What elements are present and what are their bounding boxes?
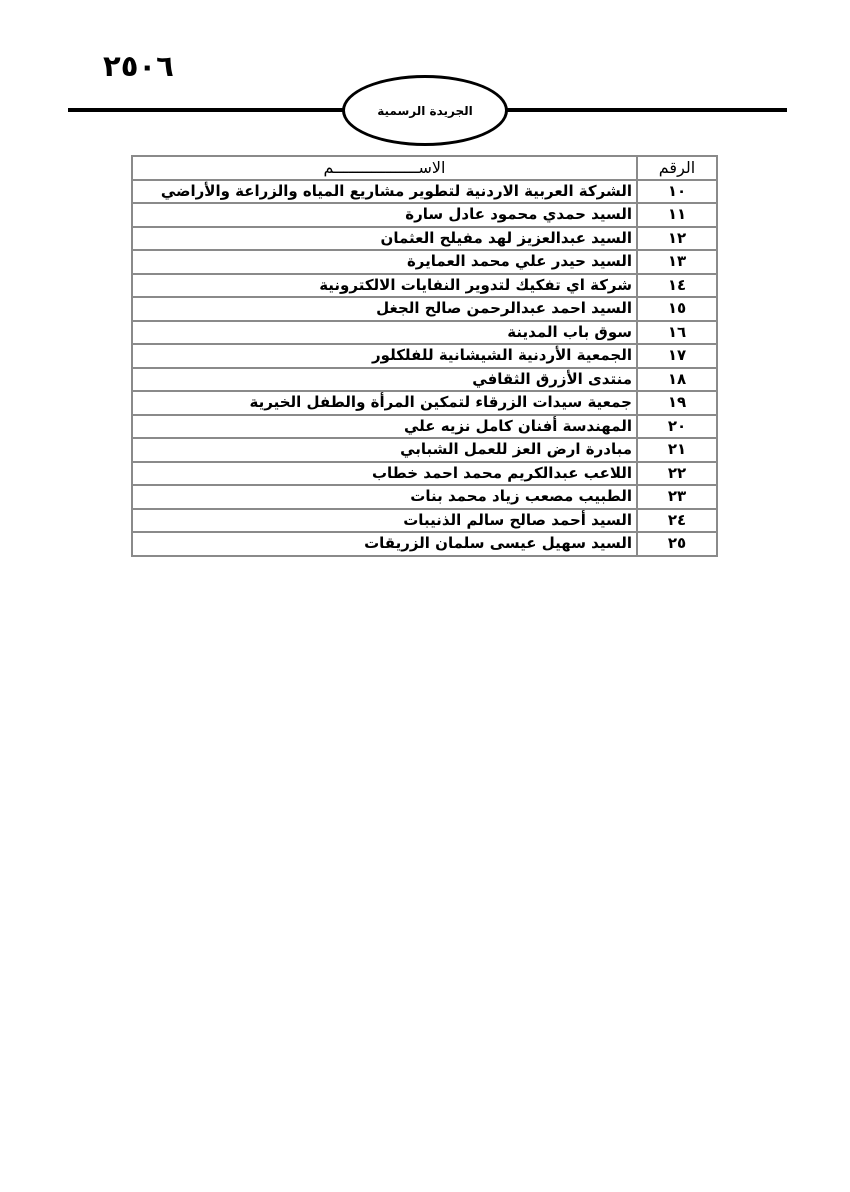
row-number: ٢١	[637, 438, 717, 462]
header-ellipse: الجريدة الرسمية	[342, 75, 508, 146]
page-number: ٢٥٠٦	[103, 52, 174, 81]
header-name: الاســــــــــــــــــم	[132, 156, 637, 180]
row-name: سوق باب المدينة	[132, 321, 637, 345]
table-row: ٢٤السيد أحمد صالح سالم الذنيبات	[132, 509, 717, 533]
table-row: ١٣السيد حيدر علي محمد العمايرة	[132, 250, 717, 274]
row-name: السيد حيدر علي محمد العمايرة	[132, 250, 637, 274]
row-number: ١٩	[637, 391, 717, 415]
table-header-row: الرقم الاســــــــــــــــــم	[132, 156, 717, 180]
table-row: ١٤شركة اي تفكيك لتدوير النفايات الالكترو…	[132, 274, 717, 298]
row-number: ١٢	[637, 227, 717, 251]
row-number: ١٧	[637, 344, 717, 368]
table-row: ١٥السيد احمد عبدالرحمن صالح الجغل	[132, 297, 717, 321]
row-name: الطبيب مصعب زياد محمد بنات	[132, 485, 637, 509]
table-row: ٢٠المهندسة أفنان كامل نزيه علي	[132, 415, 717, 439]
row-number: ٢٤	[637, 509, 717, 533]
row-name: اللاعب عبدالكريم محمد احمد خطاب	[132, 462, 637, 486]
row-number: ٢٣	[637, 485, 717, 509]
row-name: السيد حمدي محمود عادل سارة	[132, 203, 637, 227]
publication-title: الجريدة الرسمية	[377, 104, 473, 118]
row-name: السيد عبدالعزيز لهد مفيلح العثمان	[132, 227, 637, 251]
table-row: ٢٥السيد سهيل عيسى سلمان الزريقات	[132, 532, 717, 556]
row-number: ٢٢	[637, 462, 717, 486]
row-number: ١٣	[637, 250, 717, 274]
table-row: ٢٢اللاعب عبدالكريم محمد احمد خطاب	[132, 462, 717, 486]
table-row: ١٢السيد عبدالعزيز لهد مفيلح العثمان	[132, 227, 717, 251]
table-row: ١٠الشركة العربية الاردنية لتطوير مشاريع …	[132, 180, 717, 204]
row-name: المهندسة أفنان كامل نزيه علي	[132, 415, 637, 439]
registry-table: الرقم الاســــــــــــــــــم ١٠الشركة ا…	[131, 155, 718, 557]
row-number: ١٤	[637, 274, 717, 298]
row-name: الشركة العربية الاردنية لتطوير مشاريع ال…	[132, 180, 637, 204]
row-name: الجمعية الأردنية الشيشانية للفلكلور	[132, 344, 637, 368]
table-row: ١٧الجمعية الأردنية الشيشانية للفلكلور	[132, 344, 717, 368]
row-number: ٢٥	[637, 532, 717, 556]
header-number: الرقم	[637, 156, 717, 180]
row-name: السيد أحمد صالح سالم الذنيبات	[132, 509, 637, 533]
row-number: ١٥	[637, 297, 717, 321]
table-row: ١١السيد حمدي محمود عادل سارة	[132, 203, 717, 227]
table-row: ٢٣الطبيب مصعب زياد محمد بنات	[132, 485, 717, 509]
table-row: ٢١مبادرة ارض العز للعمل الشبابي	[132, 438, 717, 462]
row-number: ١٦	[637, 321, 717, 345]
row-number: ١٠	[637, 180, 717, 204]
table-row: ١٨منتدى الأزرق الثقافي	[132, 368, 717, 392]
row-number: ١١	[637, 203, 717, 227]
table-row: ١٩جمعية سيدات الزرقاء لتمكين المرأة والط…	[132, 391, 717, 415]
row-number: ٢٠	[637, 415, 717, 439]
row-name: مبادرة ارض العز للعمل الشبابي	[132, 438, 637, 462]
row-name: جمعية سيدات الزرقاء لتمكين المرأة والطفل…	[132, 391, 637, 415]
table-row: ١٦سوق باب المدينة	[132, 321, 717, 345]
row-name: منتدى الأزرق الثقافي	[132, 368, 637, 392]
row-name: السيد سهيل عيسى سلمان الزريقات	[132, 532, 637, 556]
row-number: ١٨	[637, 368, 717, 392]
row-name: شركة اي تفكيك لتدوير النفايات الالكتروني…	[132, 274, 637, 298]
row-name: السيد احمد عبدالرحمن صالح الجغل	[132, 297, 637, 321]
